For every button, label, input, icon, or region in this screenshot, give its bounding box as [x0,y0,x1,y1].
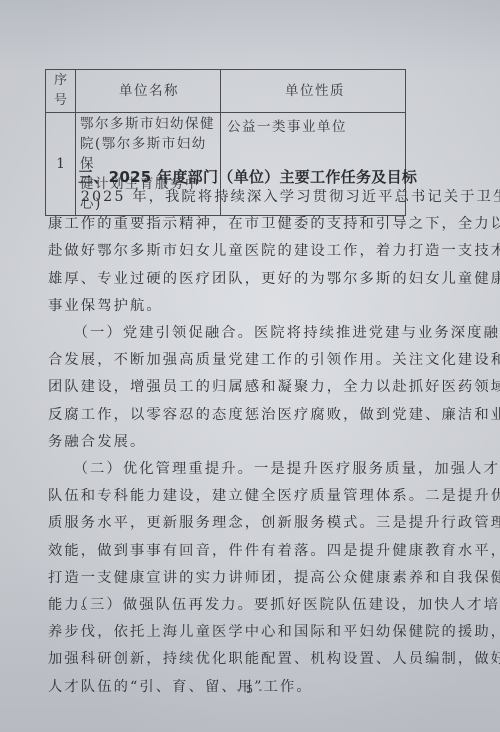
text-line: 合发展，不断加强高质量党建工作的引领作用。关注文化建设和 [48,347,398,374]
text-line: （二）优化管理重提升。一是提升医疗服务质量，加强人才 [48,456,398,483]
header-unit-name: 单位名称 [76,70,221,113]
table-header-row: 序 号 单位名称 单位性质 [46,70,406,113]
text-line: 务融合发展。 [48,429,398,456]
text-line: （三）做强队伍再发力。要抓好医院队伍建设，加快人才培 [48,592,398,619]
text-line: 效能，做到事事有回音，件件有着落。四是提升健康教育水平， [48,538,398,565]
text-line: 反腐工作，以零容忍的态度惩治医疗腐败，做到党建、廉洁和业 [48,402,398,429]
text-line: 赴做好鄂尔多斯市妇女儿童医院的建设工作，着力打造一支技术 [48,238,398,265]
text-line: 事业保驾护航。 [48,293,398,320]
header-seq-line-1: 序 [54,73,67,88]
text-line: 团队建设，增强员工的归属感和凝聚力，全力以赴抓好医药领域 [48,374,398,401]
unit-name-line: 鄂尔多斯市妇幼保健 [80,116,215,132]
page-number: - 5 - [0,683,500,696]
text-line: 加强科研创新，持续优化职能配置、机构设置、人员编制，做好 [48,646,398,673]
text-line: 康工作的重要指示精神，在市卫健委的支持和引导之下，全力以 [48,211,398,238]
header-unit-nature: 单位性质 [221,70,406,113]
text-line: 2025 年，我院将持续深入学习贯彻习近平总书记关于卫生健 [48,184,398,211]
paragraph-intro: 2025 年，我院将持续深入学习贯彻习近平总书记关于卫生健 康工作的重要指示精神… [48,184,398,320]
text-line: 打造一支健康宣讲的实力讲师团，提高公众健康素养和自我保健 [48,565,398,592]
text-line: 质服务水平，更新服务理念，创新服务模式。三是提升行政管理 [48,510,398,537]
text-line: 养步伐，依托上海儿童医学中心和国际和平妇幼保健院的援助， [48,619,398,646]
header-seq-line-2: 号 [54,93,67,108]
paragraph-party-building: （一）党建引领促融合。医院将持续推进党建与业务深度融 合发展，不断加强高质量党建… [48,320,398,456]
text-line: 队伍和专科能力建设，建立健全医疗质量管理体系。二是提升优 [48,483,398,510]
text-line: 雄厚、专业过硬的医疗团队，更好的为鄂尔多斯的妇女儿童健康 [48,266,398,293]
header-seq: 序 号 [46,70,76,113]
text-line: （一）党建引领促融合。医院将持续推进党建与业务深度融 [48,320,398,347]
